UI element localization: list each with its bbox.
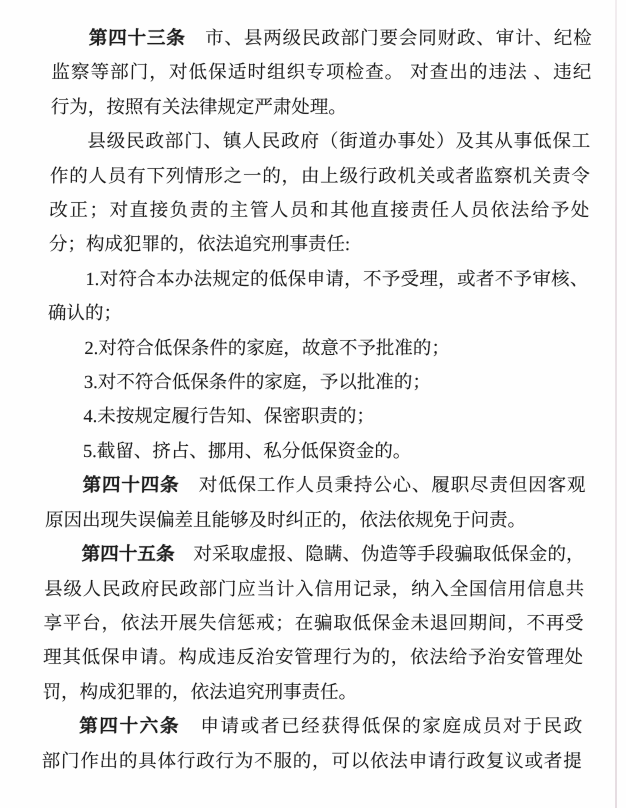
- text-segment: 罚，构成犯罪的，依法追究刑事责任。: [42, 683, 357, 703]
- text-line: 3.对不符合低保条件的家庭，予以批准的；: [47, 366, 587, 400]
- text-segment: 对采取虚报、隐瞒、伪造等手段骗取低保金的，: [175, 545, 585, 565]
- text-line: 享平台，依法开展失信惩戒；在骗取低保金未退回期间，不再受: [43, 607, 583, 641]
- text-segment: 4.未按规定履行告知、保密职责的；: [83, 407, 375, 427]
- text-line: 第四十四条 对低保工作人员秉持公心、履职尽责但因客观: [45, 469, 585, 503]
- article-number-heading: 第四十三条: [89, 29, 186, 49]
- text-line: 5.截留、挤占、挪用、私分低保资金的。: [46, 435, 586, 469]
- text-line: 分；构成犯罪的，依法追究刑事责任:: [49, 228, 589, 262]
- text-line: 第四十六条 申请或者已经获得低保的家庭成员对于民政: [42, 710, 582, 744]
- text-segment: 县级民政部门、镇人民政府（街道办事处）及其从事低保工: [87, 132, 590, 152]
- text-line: 第四十五条 对采取虚报、隐瞒、伪造等手段骗取低保金的，: [44, 538, 584, 572]
- text-line: 改正；对直接负责的主管人员和其他直接责任人员依法给予处: [49, 194, 589, 228]
- text-segment: 申请或者已经获得低保的家庭成员对于民政: [180, 717, 582, 737]
- text-segment: 原因出现失误偏差且能够及时纠正的，依法依规免于问责。: [45, 511, 526, 531]
- text-line: 县级民政部门、镇人民政府（街道办事处）及其从事低保工: [50, 125, 590, 159]
- text-segment: 理其低保申请。构成违反治安管理行为的，依法给予治安管理处: [43, 648, 583, 668]
- text-segment: 监察等部门，对低保适时组织专项检查。 对查出的违法 、违纪: [51, 63, 591, 83]
- text-segment: 3.对不符合低保条件的家庭，予以批准的；: [84, 373, 431, 393]
- article-number-heading: 第四十五条: [81, 545, 174, 565]
- text-segment: 对低保工作人员秉持公心、履职尽责但因客观: [179, 476, 585, 496]
- scanned-document-page: 第四十三条 市、县两级民政部门要会同财政、审计、纪检监察等部门，对低保适时组织专…: [0, 0, 626, 808]
- text-segment: 部门作出的具体行政行为不服的，可以依法申请行政复议或者提: [42, 752, 582, 772]
- text-line: 罚，构成犯罪的，依法追究刑事责任。: [42, 676, 582, 710]
- text-segment: 县级人民政府民政部门应当计入信用记录，纳入全国信用信息共: [44, 580, 584, 600]
- text-segment: 5.截留、挤占、挪用、私分低保资金的。: [83, 442, 412, 462]
- text-line: 理其低保申请。构成违反治安管理行为的，依法给予治安管理处: [43, 641, 583, 675]
- scan-artifact-line: [615, 0, 617, 808]
- article-number-heading: 第四十六条: [79, 717, 180, 737]
- text-line: 部门作出的具体行政行为不服的，可以依法申请行政复议或者提: [41, 745, 581, 779]
- text-segment: 改正；对直接负责的主管人员和其他直接责任人员依法给予处: [49, 201, 589, 221]
- text-segment: 市、县两级民政部门要会同财政、审计、纪检: [186, 29, 592, 49]
- text-line: 行为，按照有关法律规定严肃处理。: [51, 91, 591, 125]
- text-line: 监察等部门，对低保适时组织专项检查。 对查出的违法 、违纪: [51, 56, 591, 90]
- text-line: 2.对符合低保条件的家庭，故意不予批准的；: [47, 332, 587, 366]
- text-line: 县级人民政府民政部门应当计入信用记录，纳入全国信用信息共: [44, 573, 584, 607]
- text-segment: 行为，按照有关法律规定严肃处理。: [51, 98, 347, 118]
- text-segment: 2.对符合低保条件的家庭，故意不予批准的；: [84, 339, 450, 359]
- text-segment: 享平台，依法开展失信惩戒；在骗取低保金未退回期间，不再受: [43, 614, 583, 634]
- article-number-heading: 第四十四条: [82, 476, 179, 496]
- text-segment: 1.对符合本办法规定的低保申请，不予受理，或者不予审核、: [85, 270, 588, 290]
- text-line: 确认的；: [48, 297, 588, 331]
- text-segment: 分；构成犯罪的，依法追究刑事责任:: [49, 235, 350, 255]
- text-segment: 作的人员有下列情形之一的，由上级行政机关或者监察机关责令: [50, 167, 590, 187]
- document-text-block: 第四十三条 市、县两级民政部门要会同财政、审计、纪检监察等部门，对低保适时组织专…: [41, 22, 592, 779]
- text-segment: 确认的；: [48, 304, 122, 324]
- text-line: 原因出现失误偏差且能够及时纠正的，依法依规免于问责。: [45, 504, 585, 538]
- text-line: 作的人员有下列情形之一的，由上级行政机关或者监察机关责令: [50, 160, 590, 194]
- text-line: 第四十三条 市、县两级民政部门要会同财政、审计、纪检: [52, 22, 592, 56]
- text-line: 4.未按规定履行告知、保密职责的；: [46, 400, 586, 434]
- text-line: 1.对符合本办法规定的低保申请，不予受理，或者不予审核、: [48, 263, 588, 297]
